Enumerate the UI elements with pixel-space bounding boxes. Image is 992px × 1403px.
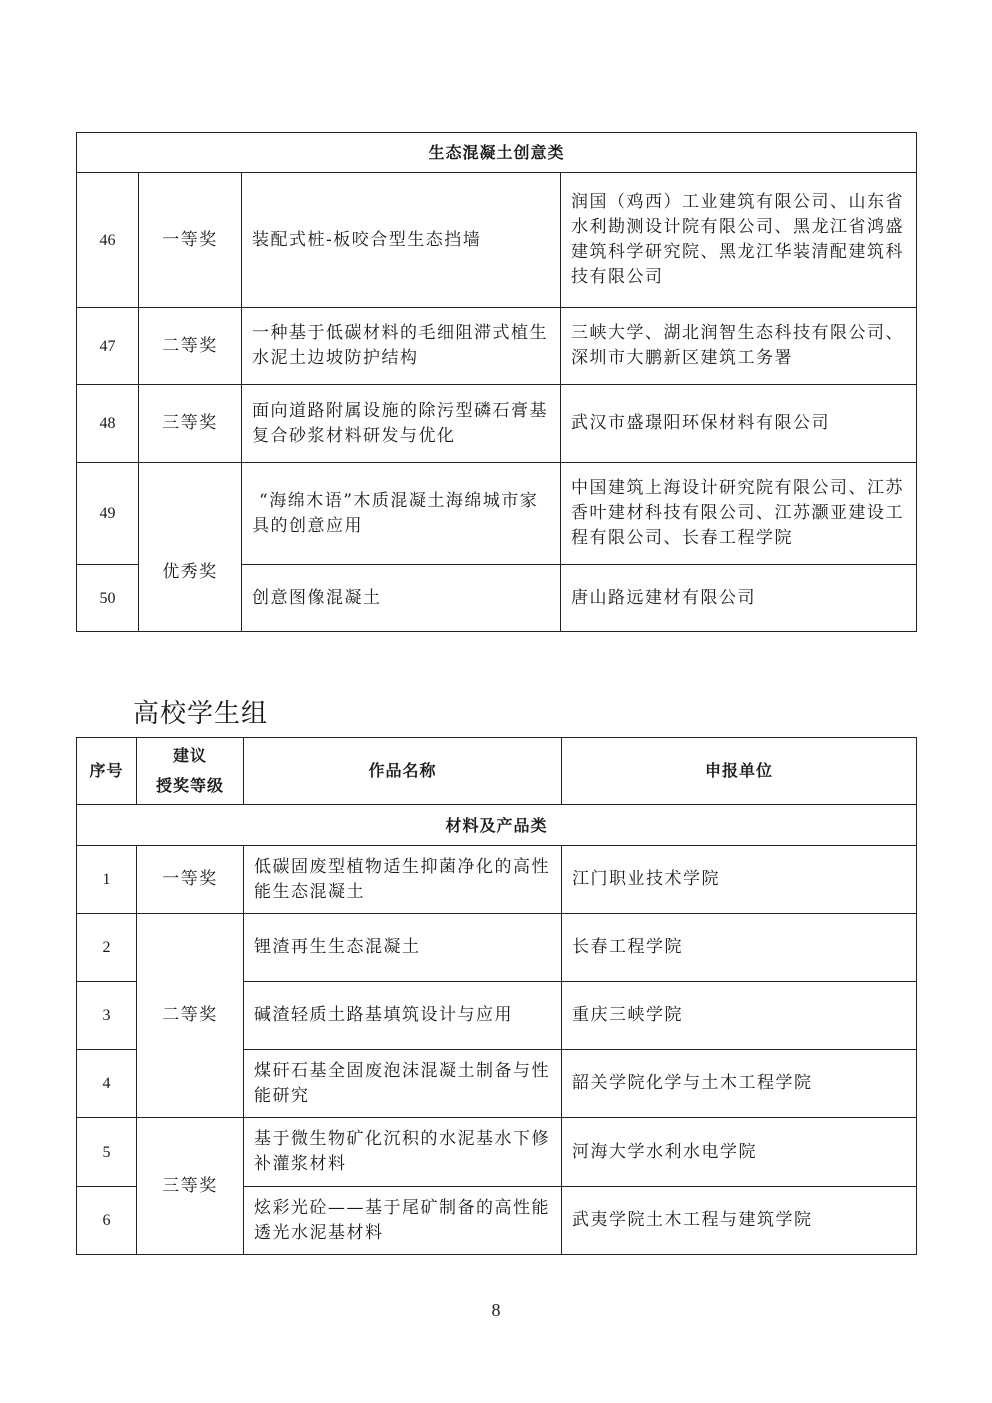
work-title: 基于微生物矿化沉积的水泥基水下修补灌浆材料 xyxy=(244,1118,562,1187)
row-number: 46 xyxy=(77,173,139,308)
category-row: 材料及产品类 xyxy=(77,805,917,846)
row-number: 48 xyxy=(77,385,139,463)
work-title: 装配式桩-板咬合型生态挡墙 xyxy=(242,173,561,308)
row-number: 5 xyxy=(77,1118,137,1187)
table-row: 48 三等奖 面向道路附属设施的除污型磷石膏基复合砂浆材料研发与优化 武汉市盛璟… xyxy=(77,385,917,463)
section-title: 高校学生组 xyxy=(133,693,268,730)
applicant-unit: 河海大学水利水电学院 xyxy=(562,1118,917,1187)
applicant-unit: 武汉市盛璟阳环保材料有限公司 xyxy=(561,385,917,463)
table-row: 5 三等奖 基于微生物矿化沉积的水泥基水下修补灌浆材料 河海大学水利水电学院 xyxy=(77,1118,917,1187)
award-level: 一等奖 xyxy=(137,846,244,914)
header-unit: 申报单位 xyxy=(562,738,917,805)
work-title: 一种基于低碳材料的毛细阻滞式植生水泥土边坡防护结构 xyxy=(242,308,561,385)
work-title: 低碳固废型植物适生抑菌净化的高性能生态混凝土 xyxy=(244,846,562,914)
header-award-line2: 授奖等级 xyxy=(137,771,243,801)
work-title: 煤矸石基全固废泡沫混凝土制备与性能研究 xyxy=(244,1050,562,1118)
applicant-unit: 江门职业技术学院 xyxy=(562,846,917,914)
header-award-line1: 建议 xyxy=(137,741,243,771)
category-label: 生态混凝土创意类 xyxy=(77,133,917,173)
category-row: 生态混凝土创意类 xyxy=(77,133,917,173)
award-level: 三等奖 xyxy=(139,385,242,463)
table-row: 49 优秀奖 “海绵木语”木质混凝土海绵城市家具的创意应用 中国建筑上海设计研究… xyxy=(77,463,917,565)
award-level: 三等奖 xyxy=(137,1118,244,1255)
table-row: 47 二等奖 一种基于低碳材料的毛细阻滞式植生水泥土边坡防护结构 三峡大学、湖北… xyxy=(77,308,917,385)
applicant-unit: 重庆三峡学院 xyxy=(562,982,917,1050)
work-title: 碱渣轻质土路基填筑设计与应用 xyxy=(244,982,562,1050)
awards-table-students: 序号 建议 授奖等级 作品名称 申报单位 材料及产品类 1 一等奖 低碳固废型植… xyxy=(76,737,917,1255)
row-number: 49 xyxy=(77,463,139,565)
table-row: 2 二等奖 锂渣再生生态混凝土 长春工程学院 xyxy=(77,914,917,982)
award-level: 二等奖 xyxy=(137,914,244,1118)
header-row: 序号 建议 授奖等级 作品名称 申报单位 xyxy=(77,738,917,805)
work-title: 面向道路附属设施的除污型磷石膏基复合砂浆材料研发与优化 xyxy=(242,385,561,463)
applicant-unit: 唐山路远建材有限公司 xyxy=(561,565,917,632)
row-number: 3 xyxy=(77,982,137,1050)
award-level: 一等奖 xyxy=(139,173,242,308)
header-number: 序号 xyxy=(77,738,137,805)
page-number: 8 xyxy=(0,1300,992,1321)
applicant-unit: 中国建筑上海设计研究院有限公司、江苏香叶建材科技有限公司、江苏灏亚建设工程有限公… xyxy=(561,463,917,565)
work-title: 创意图像混凝土 xyxy=(242,565,561,632)
applicant-unit: 武夷学院土木工程与建筑学院 xyxy=(562,1187,917,1255)
table-row: 46 一等奖 装配式桩-板咬合型生态挡墙 润国（鸡西）工业建筑有限公司、山东省水… xyxy=(77,173,917,308)
row-number: 1 xyxy=(77,846,137,914)
awards-table-enterprise: 生态混凝土创意类 46 一等奖 装配式桩-板咬合型生态挡墙 润国（鸡西）工业建筑… xyxy=(76,132,917,632)
applicant-unit: 三峡大学、湖北润智生态科技有限公司、深圳市大鹏新区建筑工务署 xyxy=(561,308,917,385)
row-number: 47 xyxy=(77,308,139,385)
applicant-unit: 润国（鸡西）工业建筑有限公司、山东省水利勘测设计院有限公司、黑龙江省鸿盛建筑科学… xyxy=(561,173,917,308)
award-level: 优秀奖 xyxy=(139,463,242,632)
header-title: 作品名称 xyxy=(244,738,562,805)
award-level: 二等奖 xyxy=(139,308,242,385)
work-title: 炫彩光砼——基于尾矿制备的高性能透光水泥基材料 xyxy=(244,1187,562,1255)
row-number: 6 xyxy=(77,1187,137,1255)
applicant-unit: 韶关学院化学与土木工程学院 xyxy=(562,1050,917,1118)
category-label: 材料及产品类 xyxy=(77,805,917,846)
table-row: 1 一等奖 低碳固废型植物适生抑菌净化的高性能生态混凝土 江门职业技术学院 xyxy=(77,846,917,914)
work-title: “海绵木语”木质混凝土海绵城市家具的创意应用 xyxy=(242,463,561,565)
row-number: 2 xyxy=(77,914,137,982)
header-award: 建议 授奖等级 xyxy=(137,738,244,805)
work-title: 锂渣再生生态混凝土 xyxy=(244,914,562,982)
applicant-unit: 长春工程学院 xyxy=(562,914,917,982)
row-number: 4 xyxy=(77,1050,137,1118)
row-number: 50 xyxy=(77,565,139,632)
